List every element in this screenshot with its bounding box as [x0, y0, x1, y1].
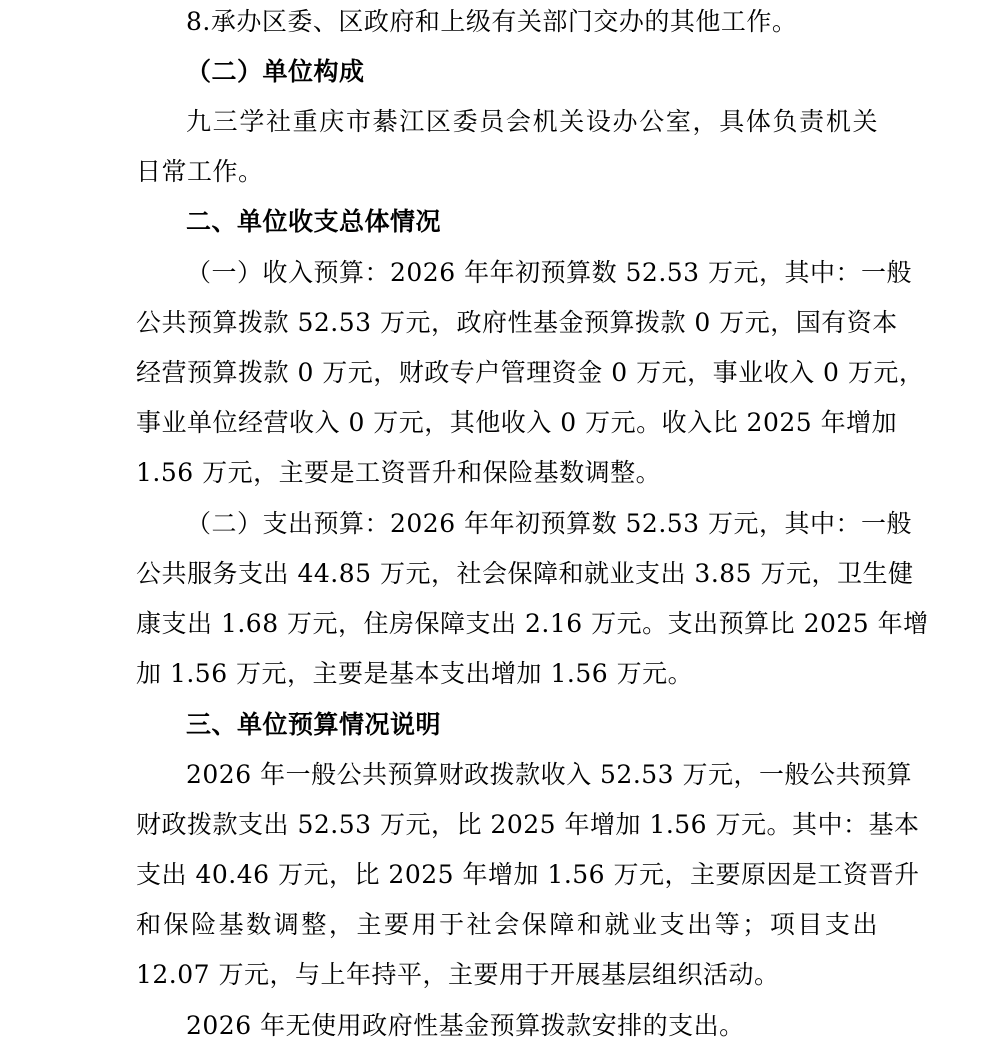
paragraph-line: 康支出 1.68 万元，住房保障支出 2.16 万元。支出预算比 2025 年增: [136, 599, 878, 649]
paragraph-line: 1.56 万元，主要是工资晋升和保险基数调整。: [136, 448, 661, 498]
paragraph-line-expenditure-budget: （二）支出预算：2026 年年初预算数 52.53 万元，其中：一般: [186, 499, 878, 549]
paragraph-line: 日常工作。: [136, 147, 264, 197]
duty-item-8: 8.承办区委、区政府和上级有关部门交办的其他工作。: [186, 0, 797, 47]
paragraph-line: 财政拨款支出 52.53 万元，比 2025 年增加 1.56 万元。其中：基本: [136, 800, 878, 850]
paragraph-line: 2026 年一般公共预算财政拨款收入 52.53 万元，一般公共预算: [186, 750, 878, 800]
paragraph-line: 经营预算拨款 0 万元，财政专户管理资金 0 万元，事业收入 0 万元，: [136, 348, 878, 398]
section-heading-budget-explanation: 三、单位预算情况说明: [186, 700, 441, 750]
paragraph-line: 公共预算拨款 52.53 万元，政府性基金预算拨款 0 万元，国有资本: [136, 298, 878, 348]
paragraph-line-income-budget: （一）收入预算：2026 年年初预算数 52.53 万元，其中：一般: [186, 248, 878, 298]
paragraph-line: 九三学社重庆市綦江区委员会机关设办公室，具体负责机关: [186, 97, 878, 147]
paragraph-line: 和保险基数调整，主要用于社会保障和就业支出等；项目支出: [136, 900, 878, 950]
paragraph-line: 加 1.56 万元，主要是基本支出增加 1.56 万元。: [136, 649, 693, 699]
paragraph-line: 支出 40.46 万元，比 2025 年增加 1.56 万元，主要原因是工资晋升: [136, 850, 878, 900]
paragraph-line: 12.07 万元，与上年持平，主要用于开展基层组织活动。: [136, 950, 780, 1000]
section-heading-income-expenditure: 二、单位收支总体情况: [186, 197, 441, 247]
subheading-unit-composition: （二）单位构成: [186, 47, 365, 97]
paragraph-line: 事业单位经营收入 0 万元，其他收入 0 万元。收入比 2025 年增加: [136, 398, 878, 448]
paragraph-line-fund-budget: 2026 年无使用政府性基金预算拨款安排的支出。: [186, 1001, 745, 1051]
paragraph-line: 公共服务支出 44.85 万元，社会保障和就业支出 3.85 万元，卫生健: [136, 549, 878, 599]
